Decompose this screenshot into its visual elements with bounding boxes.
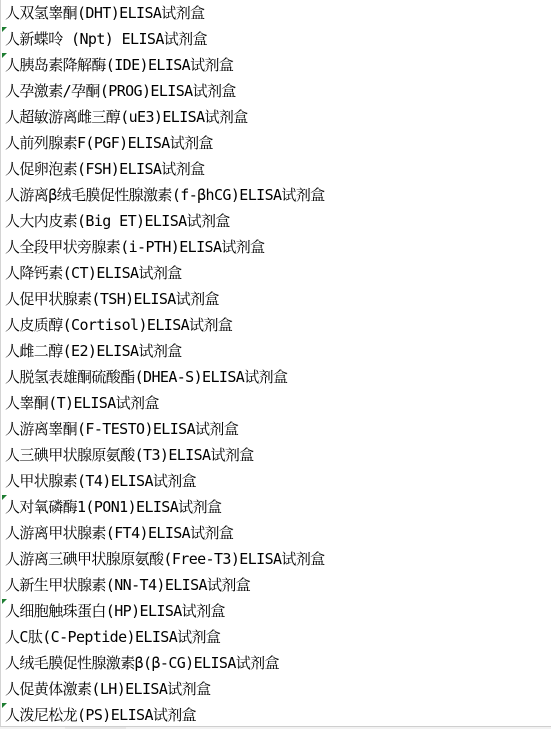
cell-text: 人促黄体激素(LH)ELISA试剂盒 (5, 676, 210, 702)
cell-row-17[interactable]: 人游离睾酮(F-TESTO)ELISA试剂盒 (1, 416, 551, 442)
cell-text: 人双氢睾酮(DHT)ELISA试剂盒 (5, 0, 205, 26)
cell-text: 人C肽(C-Peptide)ELISA试剂盒 (5, 624, 220, 650)
error-indicator-icon[interactable] (2, 599, 7, 604)
cell-text: 人游离三碘甲状腺原氨酸(Free-T3)ELISA试剂盒 (5, 546, 325, 572)
cell-row-25[interactable]: 人C肽(C-Peptide)ELISA试剂盒 (1, 624, 551, 650)
cell-text: 人绒毛膜促性腺激素β(β-CG)ELISA试剂盒 (5, 650, 279, 676)
cell-text: 人对氧磷酶1(PON1)ELISA试剂盒 (5, 494, 221, 520)
cell-row-13[interactable]: 人皮质醇(Cortisol)ELISA试剂盒 (1, 312, 551, 338)
cell-text: 人游离β绒毛膜促性腺激素(f-βhCG)ELISA试剂盒 (5, 182, 325, 208)
cell-text: 人泼尼松龙(PS)ELISA试剂盒 (5, 702, 196, 726)
error-indicator-icon[interactable] (2, 27, 7, 32)
cell-text: 人大内皮素(Big ET)ELISA试剂盒 (5, 208, 230, 234)
cell-row-14[interactable]: 人雌二醇(E2)ELISA试剂盒 (1, 338, 551, 364)
cell-row-10[interactable]: 人全段甲状旁腺素(i-PTH)ELISA试剂盒 (1, 234, 551, 260)
cell-text: 人脱氢表雄酮硫酸酯(DHEA-S)ELISA试剂盒 (5, 364, 287, 390)
cell-row-4[interactable]: 人孕激素/孕酮(PROG)ELISA试剂盒 (1, 78, 551, 104)
cell-row-12[interactable]: 人促甲状腺素(TSH)ELISA试剂盒 (1, 286, 551, 312)
cell-row-24[interactable]: 人细胞触珠蛋白(HP)ELISA试剂盒 (1, 598, 551, 624)
cell-row-22[interactable]: 人游离三碘甲状腺原氨酸(Free-T3)ELISA试剂盒 (1, 546, 551, 572)
cell-text: 人细胞触珠蛋白(HP)ELISA试剂盒 (5, 598, 225, 624)
cell-row-5[interactable]: 人超敏游离雌三醇(uE3)ELISA试剂盒 (1, 104, 551, 130)
cell-row-16[interactable]: 人睾酮(T)ELISA试剂盒 (1, 390, 551, 416)
cell-text: 人游离睾酮(F-TESTO)ELISA试剂盒 (5, 416, 238, 442)
spreadsheet-column: 人双氢睾酮(DHT)ELISA试剂盒 人新蝶呤 (Npt) ELISA试剂盒 人… (0, 0, 551, 726)
cell-row-23[interactable]: 人新生甲状腺素(NN-T4)ELISA试剂盒 (1, 572, 551, 598)
error-indicator-icon[interactable] (2, 703, 7, 708)
cell-row-3[interactable]: 人胰岛素降解酶(IDE)ELISA试剂盒 (1, 52, 551, 78)
cell-text: 人全段甲状旁腺素(i-PTH)ELISA试剂盒 (5, 234, 265, 260)
cell-text: 人甲状腺素(T4)ELISA试剂盒 (5, 468, 196, 494)
cell-text: 人超敏游离雌三醇(uE3)ELISA试剂盒 (5, 104, 248, 130)
cell-text: 人三碘甲状腺原氨酸(T3)ELISA试剂盒 (5, 442, 254, 468)
cell-text: 人游离甲状腺素(FT4)ELISA试剂盒 (5, 520, 233, 546)
cell-text: 人新蝶呤 (Npt) ELISA试剂盒 (5, 26, 207, 52)
cell-text: 人促卵泡素(FSH)ELISA试剂盒 (5, 156, 205, 182)
cell-row-27[interactable]: 人促黄体激素(LH)ELISA试剂盒 (1, 676, 551, 702)
cell-row-26[interactable]: 人绒毛膜促性腺激素β(β-CG)ELISA试剂盒 (1, 650, 551, 676)
cell-row-6[interactable]: 人前列腺素F(PGF)ELISA试剂盒 (1, 130, 551, 156)
cell-row-15[interactable]: 人脱氢表雄酮硫酸酯(DHEA-S)ELISA试剂盒 (1, 364, 551, 390)
cell-text: 人皮质醇(Cortisol)ELISA试剂盒 (5, 312, 232, 338)
cell-row-18[interactable]: 人三碘甲状腺原氨酸(T3)ELISA试剂盒 (1, 442, 551, 468)
cell-row-2[interactable]: 人新蝶呤 (Npt) ELISA试剂盒 (1, 26, 551, 52)
cell-row-8[interactable]: 人游离β绒毛膜促性腺激素(f-βhCG)ELISA试剂盒 (1, 182, 551, 208)
error-indicator-icon[interactable] (2, 495, 7, 500)
cell-row-28[interactable]: 人泼尼松龙(PS)ELISA试剂盒 (1, 702, 551, 726)
cell-row-7[interactable]: 人促卵泡素(FSH)ELISA试剂盒 (1, 156, 551, 182)
cell-row-19[interactable]: 人甲状腺素(T4)ELISA试剂盒 (1, 468, 551, 494)
cell-text: 人前列腺素F(PGF)ELISA试剂盒 (5, 130, 213, 156)
cell-text: 人孕激素/孕酮(PROG)ELISA试剂盒 (5, 78, 236, 104)
cell-text: 人降钙素(CT)ELISA试剂盒 (5, 260, 182, 286)
cell-text: 人新生甲状腺素(NN-T4)ELISA试剂盒 (5, 572, 250, 598)
cell-row-20[interactable]: 人对氧磷酶1(PON1)ELISA试剂盒 (1, 494, 551, 520)
cell-text: 人睾酮(T)ELISA试剂盒 (5, 390, 159, 416)
cell-text: 人胰岛素降解酶(IDE)ELISA试剂盒 (5, 52, 233, 78)
cell-row-1[interactable]: 人双氢睾酮(DHT)ELISA试剂盒 (1, 0, 551, 26)
cell-row-9[interactable]: 人大内皮素(Big ET)ELISA试剂盒 (1, 208, 551, 234)
cell-text: 人雌二醇(E2)ELISA试剂盒 (5, 338, 182, 364)
cell-row-21[interactable]: 人游离甲状腺素(FT4)ELISA试剂盒 (1, 520, 551, 546)
cell-row-11[interactable]: 人降钙素(CT)ELISA试剂盒 (1, 260, 551, 286)
cell-text: 人促甲状腺素(TSH)ELISA试剂盒 (5, 286, 219, 312)
error-indicator-icon[interactable] (2, 53, 7, 58)
